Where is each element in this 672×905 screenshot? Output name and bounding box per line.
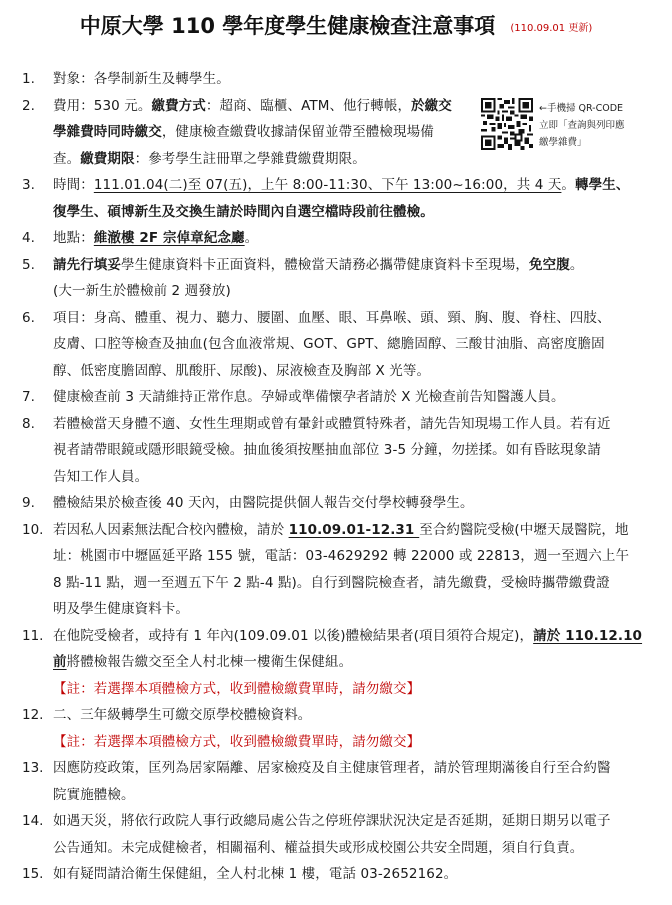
note-text: 【註：若選擇本項體檢方式，收到體檢繳費單時，請勿繳交】: [53, 681, 420, 697]
item-text: 學雜費時同時繳交: [53, 124, 162, 140]
item-line: 費用：530 元。繳費方式：超商、臨櫃、ATM、他行轉帳，於繳交: [53, 93, 652, 120]
item-line: 院實施體檢。: [53, 782, 652, 809]
item-number: 3.: [22, 172, 52, 199]
notice-list: 1.對象：各學制新生及轉學生。2.費用：530 元。繳費方式：超商、臨櫃、ATM…: [0, 66, 672, 888]
list-item: 7.健康檢查前 3 天請維持正常作息。孕婦或準備懷孕者請於 X 光檢查前告知醫護…: [0, 384, 672, 411]
item-line: (大一新生於體檢前 2 週發放): [53, 278, 652, 305]
list-item: 5.請先行填妥學生健康資料卡正面資料，體檢當天請務必攜帶健康資料卡至現場，免空腹…: [0, 252, 672, 305]
list-item: 11.在他院受檢者，或持有 1 年內(109.09.01 以後)體檢結果者(項目…: [0, 623, 672, 703]
item-text: 費用：530 元。: [53, 98, 151, 114]
item-line: 公告通知。未完成健檢者，相關福利、權益損失或形成校園公共安全問題，須自行負責。: [53, 835, 652, 862]
list-item: 6.項目：身高、體重、視力、聽力、腰圍、血壓、眼、耳鼻喉、頭、頸、胸、腹、脊柱、…: [0, 305, 672, 385]
item-text: (大一新生於體檢前 2 週發放): [53, 283, 231, 299]
item-text: 學生健康資料卡正面資料，體檢當天請務必攜帶健康資料卡至現場，: [121, 257, 529, 273]
item-text: 醇、低密度膽固醇、肌酸肝、尿酸)、尿液檢查及胸部 X 光等。: [53, 363, 430, 379]
list-item: 9.體檢結果於檢查後 40 天內，由醫院提供個人報告交付學校轉發學生。: [0, 490, 672, 517]
note-text: 【註：若選擇本項體檢方式，收到體檢繳費單時，請勿繳交】: [53, 734, 420, 750]
item-line: 前將體檢報告繳交至全人村北棟一樓衛生保健組。: [53, 649, 652, 676]
item-text: 免空腹: [529, 257, 570, 273]
list-item: 14.如遇天災，將依行政院人事行政總局處公告之停班停課狀況決定是否延期，延期日期…: [0, 808, 672, 861]
item-text: 請先行填妥: [53, 257, 121, 273]
item-line: 健康檢查前 3 天請維持正常作息。孕婦或準備懷孕者請於 X 光檢查前告知醫護人員…: [53, 384, 652, 411]
item-text: 。: [561, 177, 575, 193]
item-line: 醇、低密度膽固醇、肌酸肝、尿酸)、尿液檢查及胸部 X 光等。: [53, 358, 652, 385]
item-text: 體檢結果於檢查後 40 天內，由醫院提供個人報告交付學校轉發學生。: [53, 495, 474, 511]
page-title: 中原大學 110 學年度學生健康檢查注意事項: [80, 14, 495, 38]
item-text: 院實施體檢。: [53, 787, 135, 803]
item-line: 視者請帶眼鏡或隱形眼鏡受檢。抽血後須按壓抽血部位 3-5 分鐘，勿搓揉。如有昏眩…: [53, 437, 652, 464]
item-text: 皮膚、口腔等檢查及抽血(包含血液常規、GOT、GPT、總膽固醇、三酸甘油脂、高密…: [53, 336, 605, 352]
item-number: 13.: [22, 755, 52, 782]
item-line: 明及學生健康資料卡。: [53, 596, 652, 623]
item-text: 前: [53, 654, 67, 670]
list-item: 2.費用：530 元。繳費方式：超商、臨櫃、ATM、他行轉帳，於繳交學雜費時同時…: [0, 93, 672, 173]
item-text: 。: [245, 230, 259, 246]
update-date: (110.09.01 更新): [510, 23, 592, 34]
item-text: 在他院受檢者，或持有 1 年內(109.09.01 以後)體檢結果者(項目須符合…: [53, 628, 533, 644]
item-line: 查。繳費期限：參考學生註冊單之學雜費繳費期限。: [53, 146, 652, 173]
item-text: 110.09.01-12.31: [289, 522, 420, 538]
item-number: 15.: [22, 861, 52, 888]
list-item: 3.時間：111.01.04(二)至 07(五)，上午 8:00-11:30、下…: [0, 172, 672, 225]
item-text: 址：桃園市中壢區延平路 155 號，電話：03-4629292 轉 22000 …: [53, 548, 629, 564]
item-text: 請於 110.12.10: [533, 628, 642, 644]
item-number: 5.: [22, 252, 52, 279]
item-line: 對象：各學制新生及轉學生。: [53, 66, 652, 93]
item-number: 9.: [22, 490, 52, 517]
item-line: 告知工作人員。: [53, 464, 652, 491]
item-number: 7.: [22, 384, 52, 411]
item-text: 若體檢當天身體不適、女性生理期或曾有暈針或體質特殊者，請先告知現場工作人員。若有…: [53, 416, 611, 432]
item-text: 項目：身高、體重、視力、聽力、腰圍、血壓、眼、耳鼻喉、頭、頸、胸、腹、脊柱、四肢…: [53, 310, 611, 326]
item-line: 二、三年級轉學生可繳交原學校體檢資料。: [53, 702, 652, 729]
item-number: 6.: [22, 305, 52, 332]
item-line: 請先行填妥學生健康資料卡正面資料，體檢當天請務必攜帶健康資料卡至現場，免空腹。: [53, 252, 652, 279]
page-header: 中原大學 110 學年度學生健康檢查注意事項 (110.09.01 更新): [0, 10, 672, 40]
item-text: 查。: [53, 151, 80, 167]
item-line: 體檢結果於檢查後 40 天內，由醫院提供個人報告交付學校轉發學生。: [53, 490, 652, 517]
item-line: 【註：若選擇本項體檢方式，收到體檢繳費單時，請勿繳交】: [53, 676, 652, 703]
item-line: 若因私人因素無法配合校內體檢，請於 110.09.01-12.31 至合約醫院受…: [53, 517, 652, 544]
item-line: 址：桃園市中壢區延平路 155 號，電話：03-4629292 轉 22000 …: [53, 543, 652, 570]
item-text: ：超商、臨櫃、ATM、他行轉帳，: [206, 98, 411, 114]
item-text: 明及學生健康資料卡。: [53, 601, 189, 617]
item-text: 公告通知。未完成健檢者，相關福利、權益損失或形成校園公共安全問題，須自行負責。: [53, 840, 583, 856]
item-number: 12.: [22, 702, 52, 729]
item-text: 二、三年級轉學生可繳交原學校體檢資料。: [53, 707, 311, 723]
item-line: 學雜費時同時繳交，健康檢查繳費收據請保留並帶至體檢現場備: [53, 119, 652, 146]
item-line: 在他院受檢者，或持有 1 年內(109.09.01 以後)體檢結果者(項目須符合…: [53, 623, 652, 650]
item-text: 如遇天災，將依行政院人事行政總局處公告之停班停課狀況決定是否延期，延期日期另以電…: [53, 813, 611, 829]
item-text: 111.01.04(二)至 07(五)，上午 8:00-11:30、下午 13:…: [94, 177, 562, 193]
item-text: 如有疑問請洽衛生保健組，全人村北棟 1 樓，電話 03-2652162。: [53, 866, 457, 882]
item-text: 復學生、碩博新生及交換生請於時間內自選空檔時段前往體檢。: [53, 204, 434, 220]
item-text: 視者請帶眼鏡或隱形眼鏡受檢。抽血後須按壓抽血部位 3-5 分鐘，勿搓揉。如有昏眩…: [53, 442, 601, 458]
item-text: 轉學生、: [575, 177, 629, 193]
item-text: 維澈樓 2F 宗倬章紀念廳: [94, 230, 245, 246]
item-line: 因應防疫政策，匡列為居家隔離、居家檢疫及自主健康管理者，請於管理期滿後自行至合約…: [53, 755, 652, 782]
list-item: 4.地點：維澈樓 2F 宗倬章紀念廳。: [0, 225, 672, 252]
item-number: 8.: [22, 411, 52, 438]
item-line: 如有疑問請洽衛生保健組，全人村北棟 1 樓，電話 03-2652162。: [53, 861, 652, 888]
item-line: 時間：111.01.04(二)至 07(五)，上午 8:00-11:30、下午 …: [53, 172, 652, 199]
list-item: 1.對象：各學制新生及轉學生。: [0, 66, 672, 93]
item-text: 繳費期限: [80, 151, 134, 167]
item-text: 告知工作人員。: [53, 469, 148, 485]
item-line: 8 點-11 點，週一至週五下午 2 點-4 點)。自行到醫院檢查者，請先繳費，…: [53, 570, 652, 597]
list-item: 8.若體檢當天身體不適、女性生理期或曾有暈針或體質特殊者，請先告知現場工作人員。…: [0, 411, 672, 491]
list-item: 12.二、三年級轉學生可繳交原學校體檢資料。【註：若選擇本項體檢方式，收到體檢繳…: [0, 702, 672, 755]
item-text: 8 點-11 點，週一至週五下午 2 點-4 點)。自行到醫院檢查者，請先繳費，…: [53, 575, 610, 591]
item-text: 至合約醫院受檢(中壢天晟醫院，地: [419, 522, 628, 538]
item-number: 10.: [22, 517, 52, 544]
item-line: 項目：身高、體重、視力、聽力、腰圍、血壓、眼、耳鼻喉、頭、頸、胸、腹、脊柱、四肢…: [53, 305, 652, 332]
item-text: ：參考學生註冊單之學雜費繳費期限。: [135, 151, 366, 167]
item-text: 健康檢查前 3 天請維持正常作息。孕婦或準備懷孕者請於 X 光檢查前告知醫護人員…: [53, 389, 565, 405]
item-text: 因應防疫政策，匡列為居家隔離、居家檢疫及自主健康管理者，請於管理期滿後自行至合約…: [53, 760, 611, 776]
item-number: 2.: [22, 93, 52, 120]
item-line: 地點：維澈樓 2F 宗倬章紀念廳。: [53, 225, 652, 252]
item-number: 4.: [22, 225, 52, 252]
item-text: 時間：: [53, 177, 94, 193]
item-number: 14.: [22, 808, 52, 835]
item-line: 如遇天災，將依行政院人事行政總局處公告之停班停課狀況決定是否延期，延期日期另以電…: [53, 808, 652, 835]
item-text: 若因私人因素無法配合校內體檢，請於: [53, 522, 289, 538]
item-number: 11.: [22, 623, 52, 650]
item-line: 皮膚、口腔等檢查及抽血(包含血液常規、GOT、GPT、總膽固醇、三酸甘油脂、高密…: [53, 331, 652, 358]
item-text: 將體檢報告繳交至全人村北棟一樓衛生保健組。: [67, 654, 353, 670]
item-line: 【註：若選擇本項體檢方式，收到體檢繳費單時，請勿繳交】: [53, 729, 652, 756]
item-line: 復學生、碩博新生及交換生請於時間內自選空檔時段前往體檢。: [53, 199, 652, 226]
item-number: 1.: [22, 66, 52, 93]
item-text: 。: [570, 257, 584, 273]
item-text: 於繳交: [411, 98, 452, 114]
item-text: 繳費方式: [151, 98, 205, 114]
item-text: 地點：: [53, 230, 94, 246]
item-text: ，健康檢查繳費收據請保留並帶至體檢現場備: [162, 124, 434, 140]
list-item: 15.如有疑問請洽衛生保健組，全人村北棟 1 樓，電話 03-2652162。: [0, 861, 672, 888]
list-item: 13.因應防疫政策，匡列為居家隔離、居家檢疫及自主健康管理者，請於管理期滿後自行…: [0, 755, 672, 808]
item-text: 對象：各學制新生及轉學生。: [53, 71, 230, 87]
item-line: 若體檢當天身體不適、女性生理期或曾有暈針或體質特殊者，請先告知現場工作人員。若有…: [53, 411, 652, 438]
list-item: 10.若因私人因素無法配合校內體檢，請於 110.09.01-12.31 至合約…: [0, 517, 672, 623]
